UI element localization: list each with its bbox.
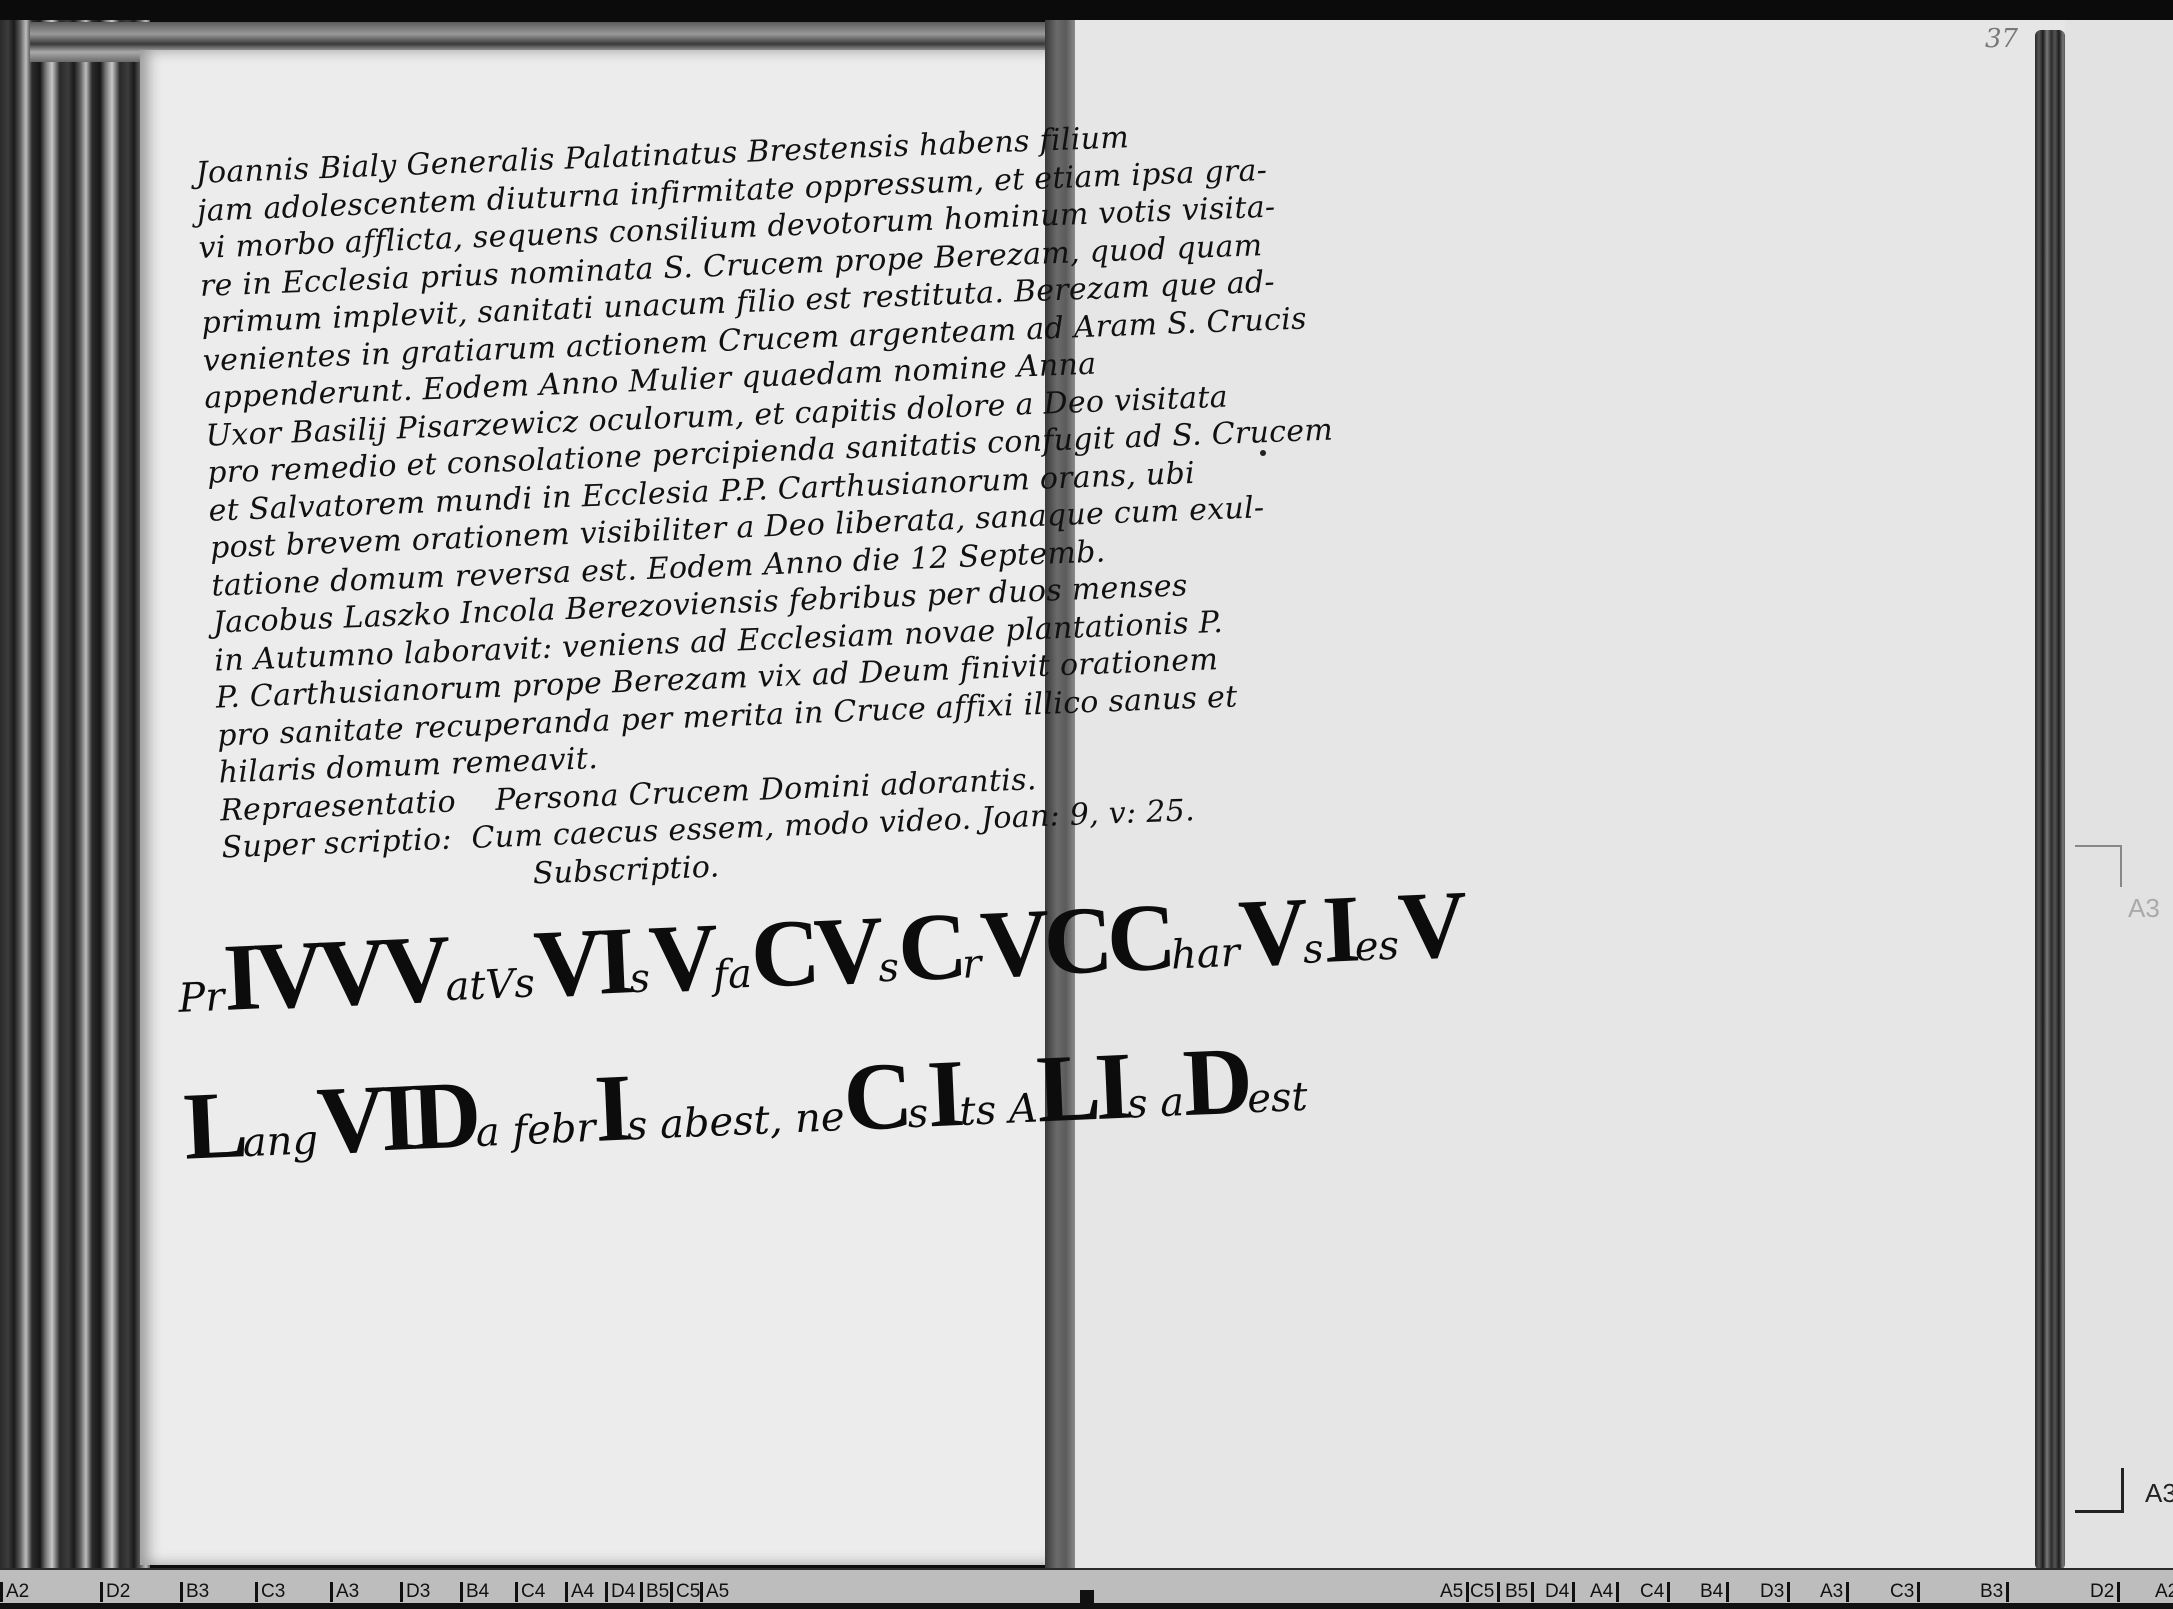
chronogram-letters: est: [1246, 1074, 1308, 1123]
chronogram-letters: atVs: [445, 960, 536, 1010]
left-page-stack-edges: [0, 20, 150, 1568]
scale-label: A2: [2155, 1582, 2173, 1602]
scale-label: C4: [515, 1582, 545, 1602]
scale-label: D4: [605, 1582, 635, 1602]
chronogram-letters: fa: [712, 951, 753, 999]
chronogram-numeral: I: [1320, 875, 1356, 983]
scale-label: B5: [1505, 1582, 1534, 1602]
scale-label: A5: [1440, 1582, 1469, 1602]
scale-label: A4: [1590, 1582, 1619, 1602]
chronogram-numeral: VCC: [978, 883, 1172, 998]
handwritten-text: Joannis Bialy Generalis Palatinatus Bres…: [195, 122, 1073, 904]
strip-center-mark: [1080, 1590, 1094, 1604]
chronogram-numeral: I: [592, 1054, 628, 1162]
scale-label: D3: [400, 1582, 430, 1602]
scale-label: B3: [180, 1582, 209, 1602]
chronogram-letters: har: [1170, 930, 1241, 979]
target-mark-upper: [2075, 845, 2122, 887]
scale-label: C5: [1470, 1582, 1500, 1602]
chronogram-numeral: V: [1237, 877, 1305, 987]
chronogram-letters: Pr: [177, 974, 225, 1022]
chronogram-numeral: VI: [532, 906, 631, 1017]
scale-label: C4: [1640, 1582, 1670, 1602]
scale-label: D3: [1760, 1582, 1790, 1602]
chronogram-numeral: VID: [315, 1060, 478, 1174]
target-label-lower: A3: [2145, 1478, 2173, 1509]
chronogram-letters: s: [877, 944, 900, 991]
film-bottom-border: [0, 1603, 2173, 1609]
scale-label: B5: [640, 1582, 669, 1602]
chronogram-numeral: C: [841, 1041, 909, 1151]
film-top-border: [0, 0, 2173, 20]
chronogram-letters: a febr: [475, 1105, 597, 1156]
chronogram-letters: s: [1302, 926, 1325, 973]
chronogram-letters: r: [961, 941, 982, 988]
scale-label: C3: [255, 1582, 285, 1602]
scale-label: A3: [330, 1582, 359, 1602]
chronogram-letters: s a: [1126, 1079, 1185, 1127]
scale-label: A4: [565, 1582, 594, 1602]
scale-label: C3: [1890, 1582, 1920, 1602]
chronogram-letters: s abest, ne: [626, 1094, 846, 1149]
target-label-upper: A3: [2128, 893, 2160, 924]
scale-label: B4: [460, 1582, 489, 1602]
right-page-stack-edges: [2035, 30, 2065, 1570]
scale-label: B3: [1980, 1582, 2009, 1602]
scale-label: D4: [1545, 1582, 1575, 1602]
chronogram-letters: s: [628, 955, 651, 1002]
ink-spot: [1260, 450, 1266, 456]
chronogram-numeral: V: [647, 903, 715, 1013]
chronogram-letters: ts A: [959, 1086, 1039, 1135]
chronogram-numeral: C: [896, 892, 964, 1002]
microfilm-scan: 37 Joannis Bialy Generalis Palatinatus B…: [0, 0, 2173, 1609]
chronogram-numeral: CV: [749, 895, 880, 1007]
scale-label: A5: [700, 1582, 729, 1602]
scale-label: B4: [1700, 1582, 1729, 1602]
scale-label: A3: [1820, 1582, 1849, 1602]
chronogram-letters: es: [1354, 923, 1400, 971]
folio-number: 37: [1985, 24, 2018, 54]
right-film-margin: [2065, 20, 2173, 1568]
chronogram: PrIVVVatVsVIsVfaCVsCrVCCharVsIesV LangVI…: [175, 881, 1087, 1214]
scale-label: D2: [2090, 1582, 2120, 1602]
chronogram-numeral: L: [182, 1070, 245, 1179]
chronogram-letters: ang: [242, 1117, 319, 1166]
target-mark-lower: [2075, 1468, 2124, 1513]
chronogram-numeral: D: [1181, 1026, 1249, 1136]
chronogram-numeral: V: [1396, 870, 1464, 980]
chronogram-letters: s: [907, 1090, 930, 1137]
chronogram-numeral: IVVV: [221, 914, 447, 1031]
scale-label: A2: [0, 1582, 29, 1602]
chronogram-numeral: I: [925, 1039, 961, 1147]
chronogram-numeral: LI: [1035, 1032, 1129, 1143]
scale-label: C5: [670, 1582, 700, 1602]
scale-label: D2: [100, 1582, 130, 1602]
superscriptio-label: Super scriptio:: [221, 822, 453, 866]
